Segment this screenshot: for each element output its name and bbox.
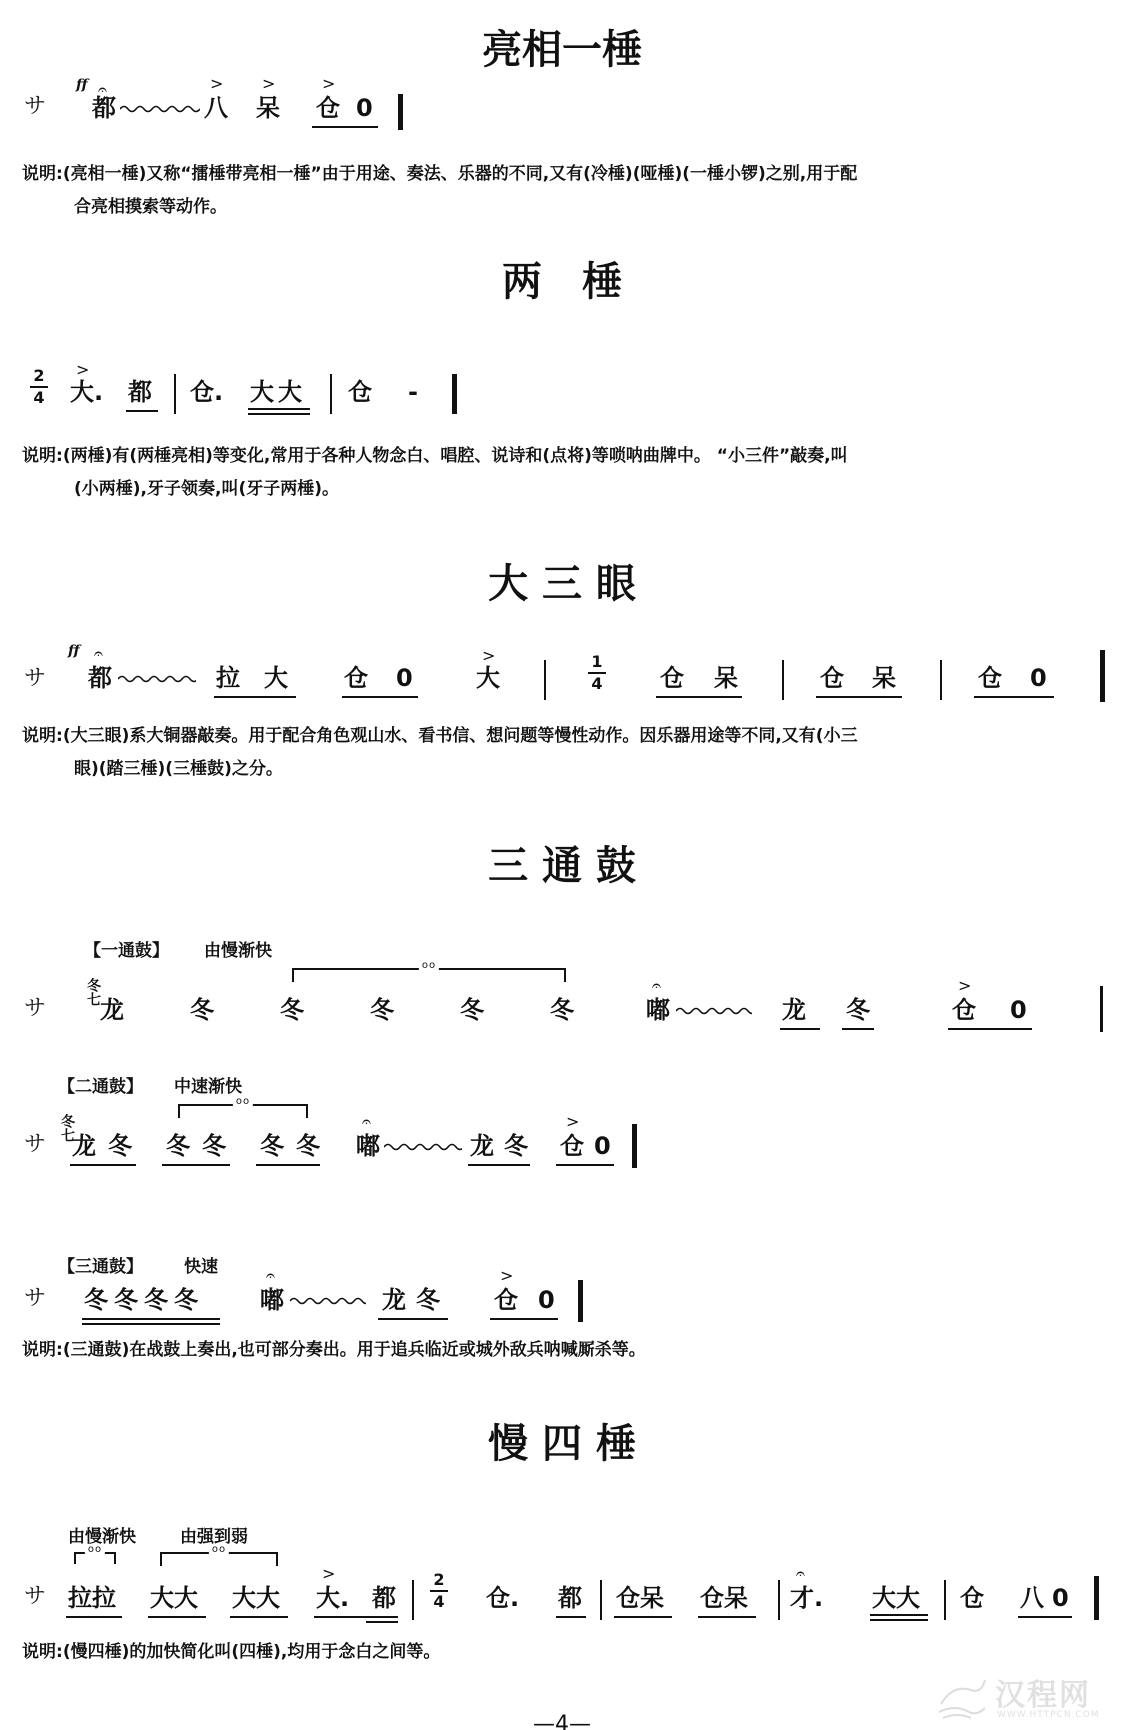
tempo-marking: 由慢渐快 [68, 1522, 136, 1547]
note: 冬冬冬冬 [84, 1288, 204, 1312]
note: 八 [1020, 1586, 1044, 1610]
tempo-marking: 由慢渐快 [204, 936, 272, 961]
note: 嘟 [646, 998, 670, 1022]
note: 都 [128, 380, 152, 404]
tempo-marking: 中速渐快 [174, 1072, 242, 1097]
description: 说明:(慢四棰)的加快简化叫(四棰),均用于念白之间等。 [22, 1636, 1102, 1669]
dynamic-ff: ff [68, 644, 80, 658]
note: 大大 [250, 380, 306, 404]
note: 仓 [978, 666, 1002, 690]
section-title: 亮相一棰 [0, 18, 1124, 75]
description-line-1: (大三眼)系大铜器敲奏。用于配合角色观山水、看书信、想问题等慢性动作。因乐器用途… [63, 726, 858, 746]
tremolo-wavy-line-icon [290, 1296, 366, 1306]
note: 大大 [232, 1586, 280, 1610]
note: 仓呆 [616, 1586, 664, 1610]
accent-icon: > [322, 1566, 335, 1582]
beat-underline-double [248, 413, 310, 415]
final-barline [398, 94, 403, 130]
accent-icon: > [500, 1268, 513, 1284]
beat-underline [974, 696, 1054, 698]
beat-underline-double [870, 1619, 928, 1621]
repeat-bracket: oo [74, 1552, 116, 1564]
final-barline [578, 1280, 583, 1322]
fermata-icon: 𝄐 [266, 1268, 275, 1284]
final-barline [632, 1124, 637, 1168]
description-line-1: (慢四棰)的加快简化叫(四棰),均用于念白之间等。 [63, 1642, 441, 1662]
note: 大 [264, 666, 288, 690]
note: 拉拉 [68, 1586, 116, 1610]
note: 龙 [100, 998, 124, 1022]
beat-underline [614, 1616, 672, 1618]
free-meter-mark: サ [24, 1586, 46, 1608]
note: 仓 [348, 380, 372, 404]
note: 都 [92, 96, 116, 120]
beat-underline [1018, 1616, 1072, 1618]
beat-underline [948, 1028, 1032, 1030]
beat-underline [870, 1614, 928, 1616]
note: 大. [316, 1586, 349, 1610]
grace-notes: 冬七 [86, 978, 100, 1006]
barline [544, 660, 546, 700]
note: 仓 [344, 666, 368, 690]
note: 冬冬 [260, 1134, 332, 1158]
note: 大大 [872, 1586, 920, 1610]
note: 仓 [560, 1134, 584, 1158]
repeat-bracket: oo [160, 1552, 278, 1566]
note: 仓 [952, 998, 976, 1022]
note: 大. [70, 380, 103, 404]
time-signature: 2 4 [430, 1572, 448, 1610]
beat-underline [656, 696, 742, 698]
note: 冬 [280, 998, 304, 1022]
beat-underline [214, 696, 296, 698]
note: 龙 [782, 998, 806, 1022]
beat-underline-double [366, 1621, 398, 1623]
note: 冬 [550, 998, 574, 1022]
note: 大大 [150, 1586, 198, 1610]
beat-underline [70, 1164, 136, 1166]
fermata-icon: 𝄐 [796, 1566, 805, 1582]
barline [944, 1580, 946, 1620]
beat-underline [698, 1616, 756, 1618]
beat-underline [162, 1164, 230, 1166]
note: 仓 [820, 666, 844, 690]
accent-icon: > [482, 648, 495, 664]
barline [782, 660, 784, 700]
rest-zero: 0 [1052, 1586, 1069, 1610]
sustain-dash: - [408, 380, 418, 404]
note: 冬冬 [166, 1134, 238, 1158]
note: 拉 [216, 666, 240, 690]
note: 嘟 [356, 1134, 380, 1158]
final-barline [1100, 650, 1105, 702]
description: 说明:(三通鼓)在战鼓上奏出,也可部分奏出。用于追兵临近或城外敌兵呐喊厮杀等。 [22, 1334, 1102, 1367]
rest-zero: 0 [1030, 666, 1047, 690]
description-line-1: (两棰)有(两棰亮相)等变化,常用于各种人物念白、唱腔、说诗和(点将)等唢呐曲牌… [63, 446, 848, 466]
note: 嘟 [260, 1288, 284, 1312]
barline [412, 1580, 414, 1620]
subsection-label: 【三通鼓】 [58, 1252, 143, 1277]
barline [940, 660, 942, 700]
beat-underline [816, 696, 902, 698]
free-meter-mark: サ [24, 96, 46, 118]
description-prefix: 说明: [22, 1340, 63, 1360]
description: 说明:(亮相一棰)又称“擂棰带亮相一棰”由于用途、奏法、乐器的不同,又有(冷棰)… [22, 158, 1102, 224]
note: 都 [372, 1586, 396, 1610]
description-line-1: (三通鼓)在战鼓上奏出,也可部分奏出。用于追兵临近或城外敌兵呐喊厮杀等。 [63, 1340, 646, 1360]
note: 仓 [660, 666, 684, 690]
subsection-label: 【一通鼓】 [84, 936, 169, 961]
free-meter-mark: サ [24, 668, 46, 690]
note: 仓呆 [700, 1586, 748, 1610]
beat-underline [378, 1318, 448, 1320]
note: 才. [790, 1586, 823, 1610]
tempo-marking: 快速 [184, 1252, 218, 1277]
accent-icon: > [322, 76, 335, 92]
note: 仓. [486, 1586, 519, 1610]
section-title: 大 三 眼 [0, 552, 1124, 609]
note: 仓 [494, 1288, 518, 1312]
description-line-1: (亮相一棰)又称“擂棰带亮相一棰”由于用途、奏法、乐器的不同,又有(冷棰)(哑棰… [63, 164, 857, 184]
beat-underline [256, 1164, 320, 1166]
beat-underline [490, 1318, 558, 1320]
dynamic-ff: ff [76, 78, 88, 92]
description-prefix: 说明: [22, 726, 63, 746]
watermark-text: 汉程网 [995, 1670, 1091, 1714]
rest-zero: 0 [396, 666, 413, 690]
note: 冬 [460, 998, 484, 1022]
tremolo-wavy-line-icon [120, 104, 200, 114]
beat-underline [842, 1028, 874, 1030]
rest-zero: 0 [538, 1288, 555, 1312]
beat-underline [126, 410, 158, 412]
note: 龙冬 [72, 1134, 144, 1158]
repeat-bracket: oo [292, 968, 566, 982]
tremolo-wavy-line-icon [384, 1142, 462, 1152]
description-prefix: 说明: [22, 446, 63, 466]
beat-underline [342, 696, 418, 698]
fermata-icon: 𝄐 [652, 978, 661, 994]
free-meter-mark: サ [24, 998, 46, 1020]
description-prefix: 说明: [22, 164, 63, 184]
fermata-icon: 𝄐 [362, 1114, 371, 1130]
note: 都 [88, 666, 112, 690]
beat-underline [556, 1164, 614, 1166]
section-title: 两 棰 [0, 250, 1124, 307]
barline [778, 1580, 780, 1620]
note: 八 [204, 96, 228, 120]
note: 都 [558, 1586, 582, 1610]
subsection-label: 【二通鼓】 [58, 1072, 143, 1097]
accent-icon: > [958, 978, 971, 994]
note: 呆 [872, 666, 896, 690]
beat-underline [66, 1616, 122, 1618]
barline [600, 1580, 602, 1620]
description-line-2: 合亮相摸索等动作。 [22, 191, 1102, 224]
section-title: 三 通 鼓 [0, 834, 1124, 891]
accent-icon: > [210, 76, 223, 92]
description-line-2: (小两棰),牙子领奏,叫(牙子两棰)。 [22, 473, 1102, 506]
final-barline [452, 374, 457, 414]
note: 仓. [190, 380, 223, 404]
time-signature: 1 4 [588, 654, 606, 692]
beat-underline [556, 1616, 586, 1618]
fermata-icon: 𝄐 [94, 646, 103, 662]
beat-underline [314, 1616, 398, 1618]
page-number: —4— [0, 1712, 1124, 1730]
beat-underline [248, 408, 310, 410]
beat-underline [82, 1318, 220, 1320]
repeat-bracket: oo [178, 1104, 308, 1118]
free-meter-mark: サ [24, 1134, 46, 1156]
barline [174, 374, 176, 414]
tremolo-wavy-line-icon [676, 1006, 752, 1016]
note: 龙冬 [382, 1288, 450, 1312]
description-line-2: 眼)(踏三棰)(三棰鼓)之分。 [22, 753, 1102, 786]
tremolo-wavy-line-icon [118, 674, 196, 684]
note: 大 [476, 666, 500, 690]
section-title: 慢 四 棰 [0, 1412, 1124, 1469]
note: 仓 [960, 1586, 984, 1610]
rest-zero: 0 [594, 1134, 611, 1158]
beat-underline [780, 1028, 820, 1030]
note: 呆 [256, 96, 280, 120]
rest-zero: 0 [356, 96, 373, 120]
barline [330, 374, 332, 414]
note: 龙冬 [470, 1134, 538, 1158]
note: 仓 [316, 96, 340, 120]
free-meter-mark: サ [24, 1288, 46, 1310]
description: 说明:(大三眼)系大铜器敲奏。用于配合角色观山水、看书信、想问题等慢性动作。因乐… [22, 720, 1102, 786]
beat-underline [468, 1164, 530, 1166]
description: 说明:(两棰)有(两棰亮相)等变化,常用于各种人物念白、唱腔、说诗和(点将)等唢… [22, 440, 1102, 506]
final-barline [1094, 1576, 1099, 1620]
beat-underline [148, 1616, 206, 1618]
time-signature: 2 4 [30, 368, 48, 406]
accent-icon: > [262, 76, 275, 92]
accent-icon: > [76, 362, 89, 378]
description-prefix: 说明: [22, 1642, 63, 1662]
note: 呆 [714, 666, 738, 690]
accent-icon: > [566, 1114, 579, 1130]
rest-zero: 0 [1010, 998, 1027, 1022]
beat-underline-double [82, 1323, 220, 1325]
beat-underline [230, 1616, 288, 1618]
note: 冬 [846, 998, 870, 1022]
beat-underline [312, 126, 378, 128]
barline [1100, 986, 1103, 1032]
note: 冬 [190, 998, 214, 1022]
note: 冬 [370, 998, 394, 1022]
